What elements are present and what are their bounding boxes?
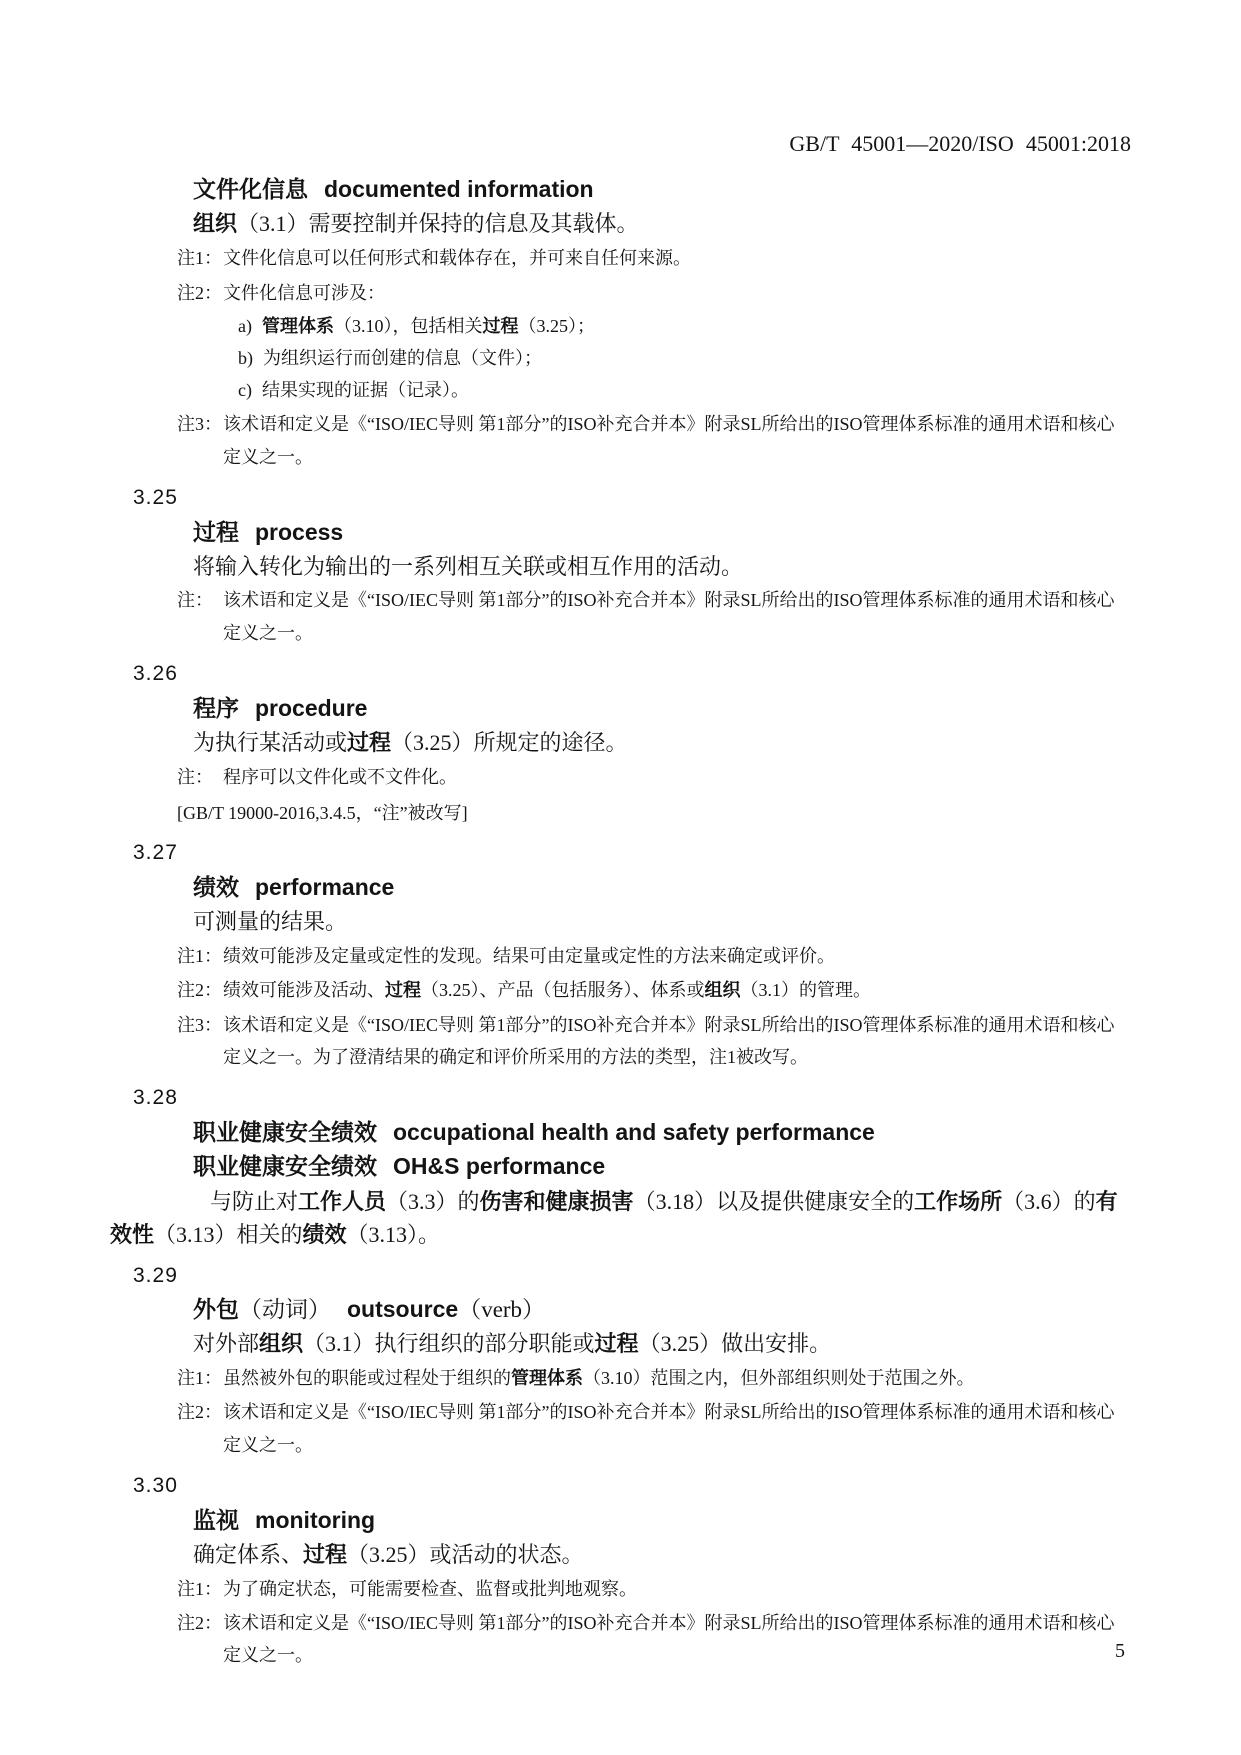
text-run: 文件化信息可以任何形式和载体存在，并可来自任何来源。 — [223, 248, 691, 268]
text-run: （verb） — [458, 1297, 545, 1322]
note-paragraph: 注：该术语和定义是《“ISO/IEC导则 第1部分”的ISO补充合并本》附录SL… — [177, 584, 1131, 649]
text-run: （3.25）、产品（包括服务）、体系或 — [421, 980, 705, 1000]
text-run: 程序可以文件化或不文件化。 — [223, 767, 457, 787]
bold-term-reference: 过程 — [347, 730, 391, 755]
text-run: （3.1）需要控制并保持的信息及其载体。 — [237, 211, 639, 236]
text-run: 文件化信息可涉及： — [223, 283, 385, 303]
term-entry: 3.30监视monitoring确定体系、过程（3.25）或活动的状态。注1：为… — [110, 1472, 1131, 1671]
note-list-item: a)管理体系（3.10），包括相关过程（3.25）； — [238, 312, 1131, 341]
bold-term-reference: 过程 — [193, 519, 239, 545]
text-run: 该术语和定义是《“ISO/IEC导则 第1部分”的ISO补充合并本》附录SL所给… — [223, 590, 1115, 642]
term-entry: 3.25过程process将输入转化为输出的一系列相互关联或相互作用的活动。注：… — [110, 484, 1131, 649]
note-label: 注3： — [177, 1009, 223, 1041]
text-run: 该术语和定义是《“ISO/IEC导则 第1部分”的ISO补充合并本》附录SL所给… — [223, 1402, 1115, 1454]
text-run: （3.10）范围之内，但外部组织则处于范围之外。 — [583, 1368, 975, 1388]
definition-text: 将输入转化为输出的一系列相互关联或相互作用的活动。 — [193, 551, 1131, 583]
text-run: [GB/T 19000-2016,3.4.5，“注”被改写] — [177, 803, 468, 823]
note-paragraph: 注：程序可以文件化或不文件化。 — [177, 761, 1131, 793]
bold-term-reference: 绩效 — [303, 1222, 347, 1247]
text-run: （3.25）； — [518, 316, 595, 336]
text-run: （3.13）相关的 — [154, 1222, 303, 1247]
note-label: 注2： — [177, 1607, 223, 1639]
note-label: 注2： — [177, 277, 223, 309]
text-run: （3.25）所规定的途径。 — [391, 730, 628, 755]
text-run: 确定体系、 — [193, 1542, 303, 1567]
term-line: 职业健康安全绩效occupational health and safety p… — [193, 1117, 1131, 1148]
bold-term-reference: 过程 — [303, 1542, 347, 1567]
text-run: 绩效可能涉及定量或定性的发现。结果可由定量或定性的方法来确定或评价。 — [223, 946, 835, 966]
term-entry: 3.28职业健康安全绩效occupational health and safe… — [110, 1084, 1131, 1250]
bold-term-reference: 组织 — [259, 1331, 303, 1356]
item-label: a) — [238, 316, 252, 336]
definition-text: 可测量的结果。 — [193, 906, 1131, 938]
text-run: 为执行某活动或 — [193, 730, 347, 755]
term-line: 职业健康安全绩效OH&S performance — [193, 1151, 1131, 1182]
text-run: 虽然被外包的职能或过程处于组织的 — [223, 1368, 511, 1388]
term-entry: 3.26程序procedure为执行某活动或过程（3.25）所规定的途径。注：程… — [110, 660, 1131, 828]
bold-term-reference: 管理体系 — [511, 1368, 583, 1388]
term-entry: 文件化信息documented information组织（3.1）需要控制并保… — [110, 174, 1131, 473]
note-paragraph: 注3：该术语和定义是《“ISO/IEC导则 第1部分”的ISO补充合并本》附录S… — [177, 1009, 1131, 1074]
bold-term-reference: 工作场所 — [914, 1189, 1002, 1214]
bold-term-reference: 文件化信息 — [193, 176, 308, 202]
term-line: 文件化信息documented information — [193, 174, 1131, 205]
text-run: 将输入转化为输出的一系列相互关联或相互作用的活动。 — [193, 554, 743, 579]
clause-number: 3.30 — [133, 1472, 1131, 1500]
bold-term-reference: monitoring — [255, 1507, 375, 1533]
page-number: 5 — [1115, 1640, 1125, 1663]
text-run: 可测量的结果。 — [193, 909, 347, 934]
text-run: （3.10），包括相关 — [334, 316, 483, 336]
bold-term-reference: procedure — [255, 695, 367, 721]
source-reference: [GB/T 19000-2016,3.4.5，“注”被改写] — [177, 798, 1131, 829]
note-label: 注2： — [177, 974, 223, 1006]
text-run: 该术语和定义是《“ISO/IEC导则 第1部分”的ISO补充合并本》附录SL所给… — [223, 414, 1115, 466]
bold-term-reference: 组织 — [193, 211, 237, 236]
term-line: 绩效performance — [193, 872, 1131, 903]
note-paragraph: 注1：绩效可能涉及定量或定性的发现。结果可由定量或定性的方法来确定或评价。 — [177, 940, 1131, 972]
bold-term-reference: process — [255, 519, 343, 545]
term-entry: 3.29外包（动词）outsource（verb）对外部组织（3.1）执行组织的… — [110, 1262, 1131, 1461]
clause-number: 3.25 — [133, 484, 1131, 512]
text-run: （3.25）或活动的状态。 — [347, 1542, 584, 1567]
item-label: c) — [238, 380, 252, 400]
note-paragraph: 注2：文件化信息可涉及： — [177, 277, 1131, 309]
text-run: （3.1）执行组织的部分职能或 — [303, 1331, 595, 1356]
term-entry: 3.27绩效performance可测量的结果。注1：绩效可能涉及定量或定性的发… — [110, 839, 1131, 1073]
bold-term-reference: performance — [255, 874, 394, 900]
term-line: 程序procedure — [193, 693, 1131, 724]
note-paragraph: 注3：该术语和定义是《“ISO/IEC导则 第1部分”的ISO补充合并本》附录S… — [177, 408, 1131, 473]
term-line: 监视monitoring — [193, 1505, 1131, 1536]
note-paragraph: 注1：为了确定状态，可能需要检查、监督或批判地观察。 — [177, 1573, 1131, 1605]
document-page: GB/T 45001—2020/ISO 45001:2018 文件化信息docu… — [0, 0, 1241, 1755]
bold-term-reference: 监视 — [193, 1507, 239, 1533]
bold-term-reference: documented information — [324, 176, 594, 202]
definition-text: 对外部组织（3.1）执行组织的部分职能或过程（3.25）做出安排。 — [193, 1328, 1131, 1360]
text-run: 该术语和定义是《“ISO/IEC导则 第1部分”的ISO补充合并本》附录SL所给… — [223, 1015, 1115, 1067]
note-paragraph: 注2：该术语和定义是《“ISO/IEC导则 第1部分”的ISO补充合并本》附录S… — [177, 1607, 1131, 1672]
standard-code: GB/T 45001—2020/ISO 45001:2018 — [789, 131, 1131, 156]
definition-text: 为执行某活动或过程（3.25）所规定的途径。 — [193, 727, 1131, 759]
page-header: GB/T 45001—2020/ISO 45001:2018 — [110, 132, 1131, 156]
bold-term-reference: 过程 — [385, 980, 421, 1000]
term-line: 过程process — [193, 517, 1131, 548]
bold-term-reference: 伤害和健康损害 — [480, 1189, 634, 1214]
note-label: 注： — [177, 584, 223, 616]
bold-term-reference: occupational health and safety performan… — [393, 1119, 875, 1145]
text-run: （3.6）的 — [1002, 1189, 1096, 1214]
text-run: （3.13）。 — [347, 1222, 441, 1247]
note-paragraph: 注1：虽然被外包的职能或过程处于组织的管理体系（3.10）范围之内，但外部组织则… — [177, 1362, 1131, 1394]
note-label: 注2： — [177, 1396, 223, 1428]
note-label: 注： — [177, 761, 223, 793]
definition-text: 确定体系、过程（3.25）或活动的状态。 — [193, 1539, 1131, 1571]
note-paragraph: 注2：绩效可能涉及活动、过程（3.25）、产品（包括服务）、体系或组织（3.1）… — [177, 974, 1131, 1006]
bold-term-reference: 过程 — [595, 1331, 639, 1356]
note-label: 注1： — [177, 1362, 223, 1394]
text-run: 为组织运行而创建的信息（文件）； — [263, 348, 542, 368]
text-run: 该术语和定义是《“ISO/IEC导则 第1部分”的ISO补充合并本》附录SL所给… — [223, 1613, 1115, 1665]
text-run: （3.18）以及提供健康安全的 — [634, 1189, 915, 1214]
term-line: 外包（动词）outsource（verb） — [193, 1294, 1131, 1325]
text-run: 与防止对 — [210, 1189, 298, 1214]
definition-text: 组织（3.1）需要控制并保持的信息及其载体。 — [193, 208, 1131, 240]
definition-text: 与防止对工作人员（3.3）的伤害和健康损害（3.18）以及提供健康安全的工作场所… — [110, 1185, 1131, 1251]
text-run: 为了确定状态，可能需要检查、监督或批判地观察。 — [223, 1579, 637, 1599]
bold-term-reference: 组织 — [705, 980, 741, 1000]
text-run: 结果实现的证据（记录）。 — [262, 380, 469, 400]
text-run: （3.3）的 — [386, 1189, 480, 1214]
bold-term-reference: 职业健康安全绩效 — [193, 1153, 377, 1179]
terms-content: 文件化信息documented information组织（3.1）需要控制并保… — [110, 174, 1131, 1671]
text-run: （动词） — [239, 1297, 331, 1322]
clause-number: 3.29 — [133, 1262, 1131, 1290]
note-paragraph: 注2：该术语和定义是《“ISO/IEC导则 第1部分”的ISO补充合并本》附录S… — [177, 1396, 1131, 1461]
note-list-item: c)结果实现的证据（记录）。 — [238, 376, 1131, 405]
bold-term-reference: OH&S performance — [393, 1153, 605, 1179]
note-label: 注3： — [177, 408, 223, 440]
bold-term-reference: 绩效 — [193, 874, 239, 900]
bold-term-reference: 职业健康安全绩效 — [193, 1119, 377, 1145]
note-list-item: b)为组织运行而创建的信息（文件）； — [238, 344, 1131, 373]
clause-number: 3.27 — [133, 839, 1131, 867]
bold-term-reference: 工作人员 — [298, 1189, 386, 1214]
bold-term-reference: 管理体系 — [262, 316, 334, 336]
clause-number: 3.26 — [133, 660, 1131, 688]
item-label: b) — [238, 348, 253, 368]
note-label: 注1： — [177, 1573, 223, 1605]
clause-number: 3.28 — [133, 1084, 1131, 1112]
bold-term-reference: outsource — [347, 1296, 458, 1322]
bold-term-reference: 程序 — [193, 695, 239, 721]
text-run: 绩效可能涉及活动、 — [223, 980, 385, 1000]
note-label: 注1： — [177, 940, 223, 972]
bold-term-reference: 外包 — [193, 1296, 239, 1322]
note-label: 注1： — [177, 242, 223, 274]
note-paragraph: 注1：文件化信息可以任何形式和载体存在，并可来自任何来源。 — [177, 242, 1131, 274]
text-run: （3.25）做出安排。 — [639, 1331, 832, 1356]
bold-term-reference: 过程 — [482, 316, 518, 336]
text-run: 对外部 — [193, 1331, 259, 1356]
text-run: （3.1）的管理。 — [741, 980, 872, 1000]
